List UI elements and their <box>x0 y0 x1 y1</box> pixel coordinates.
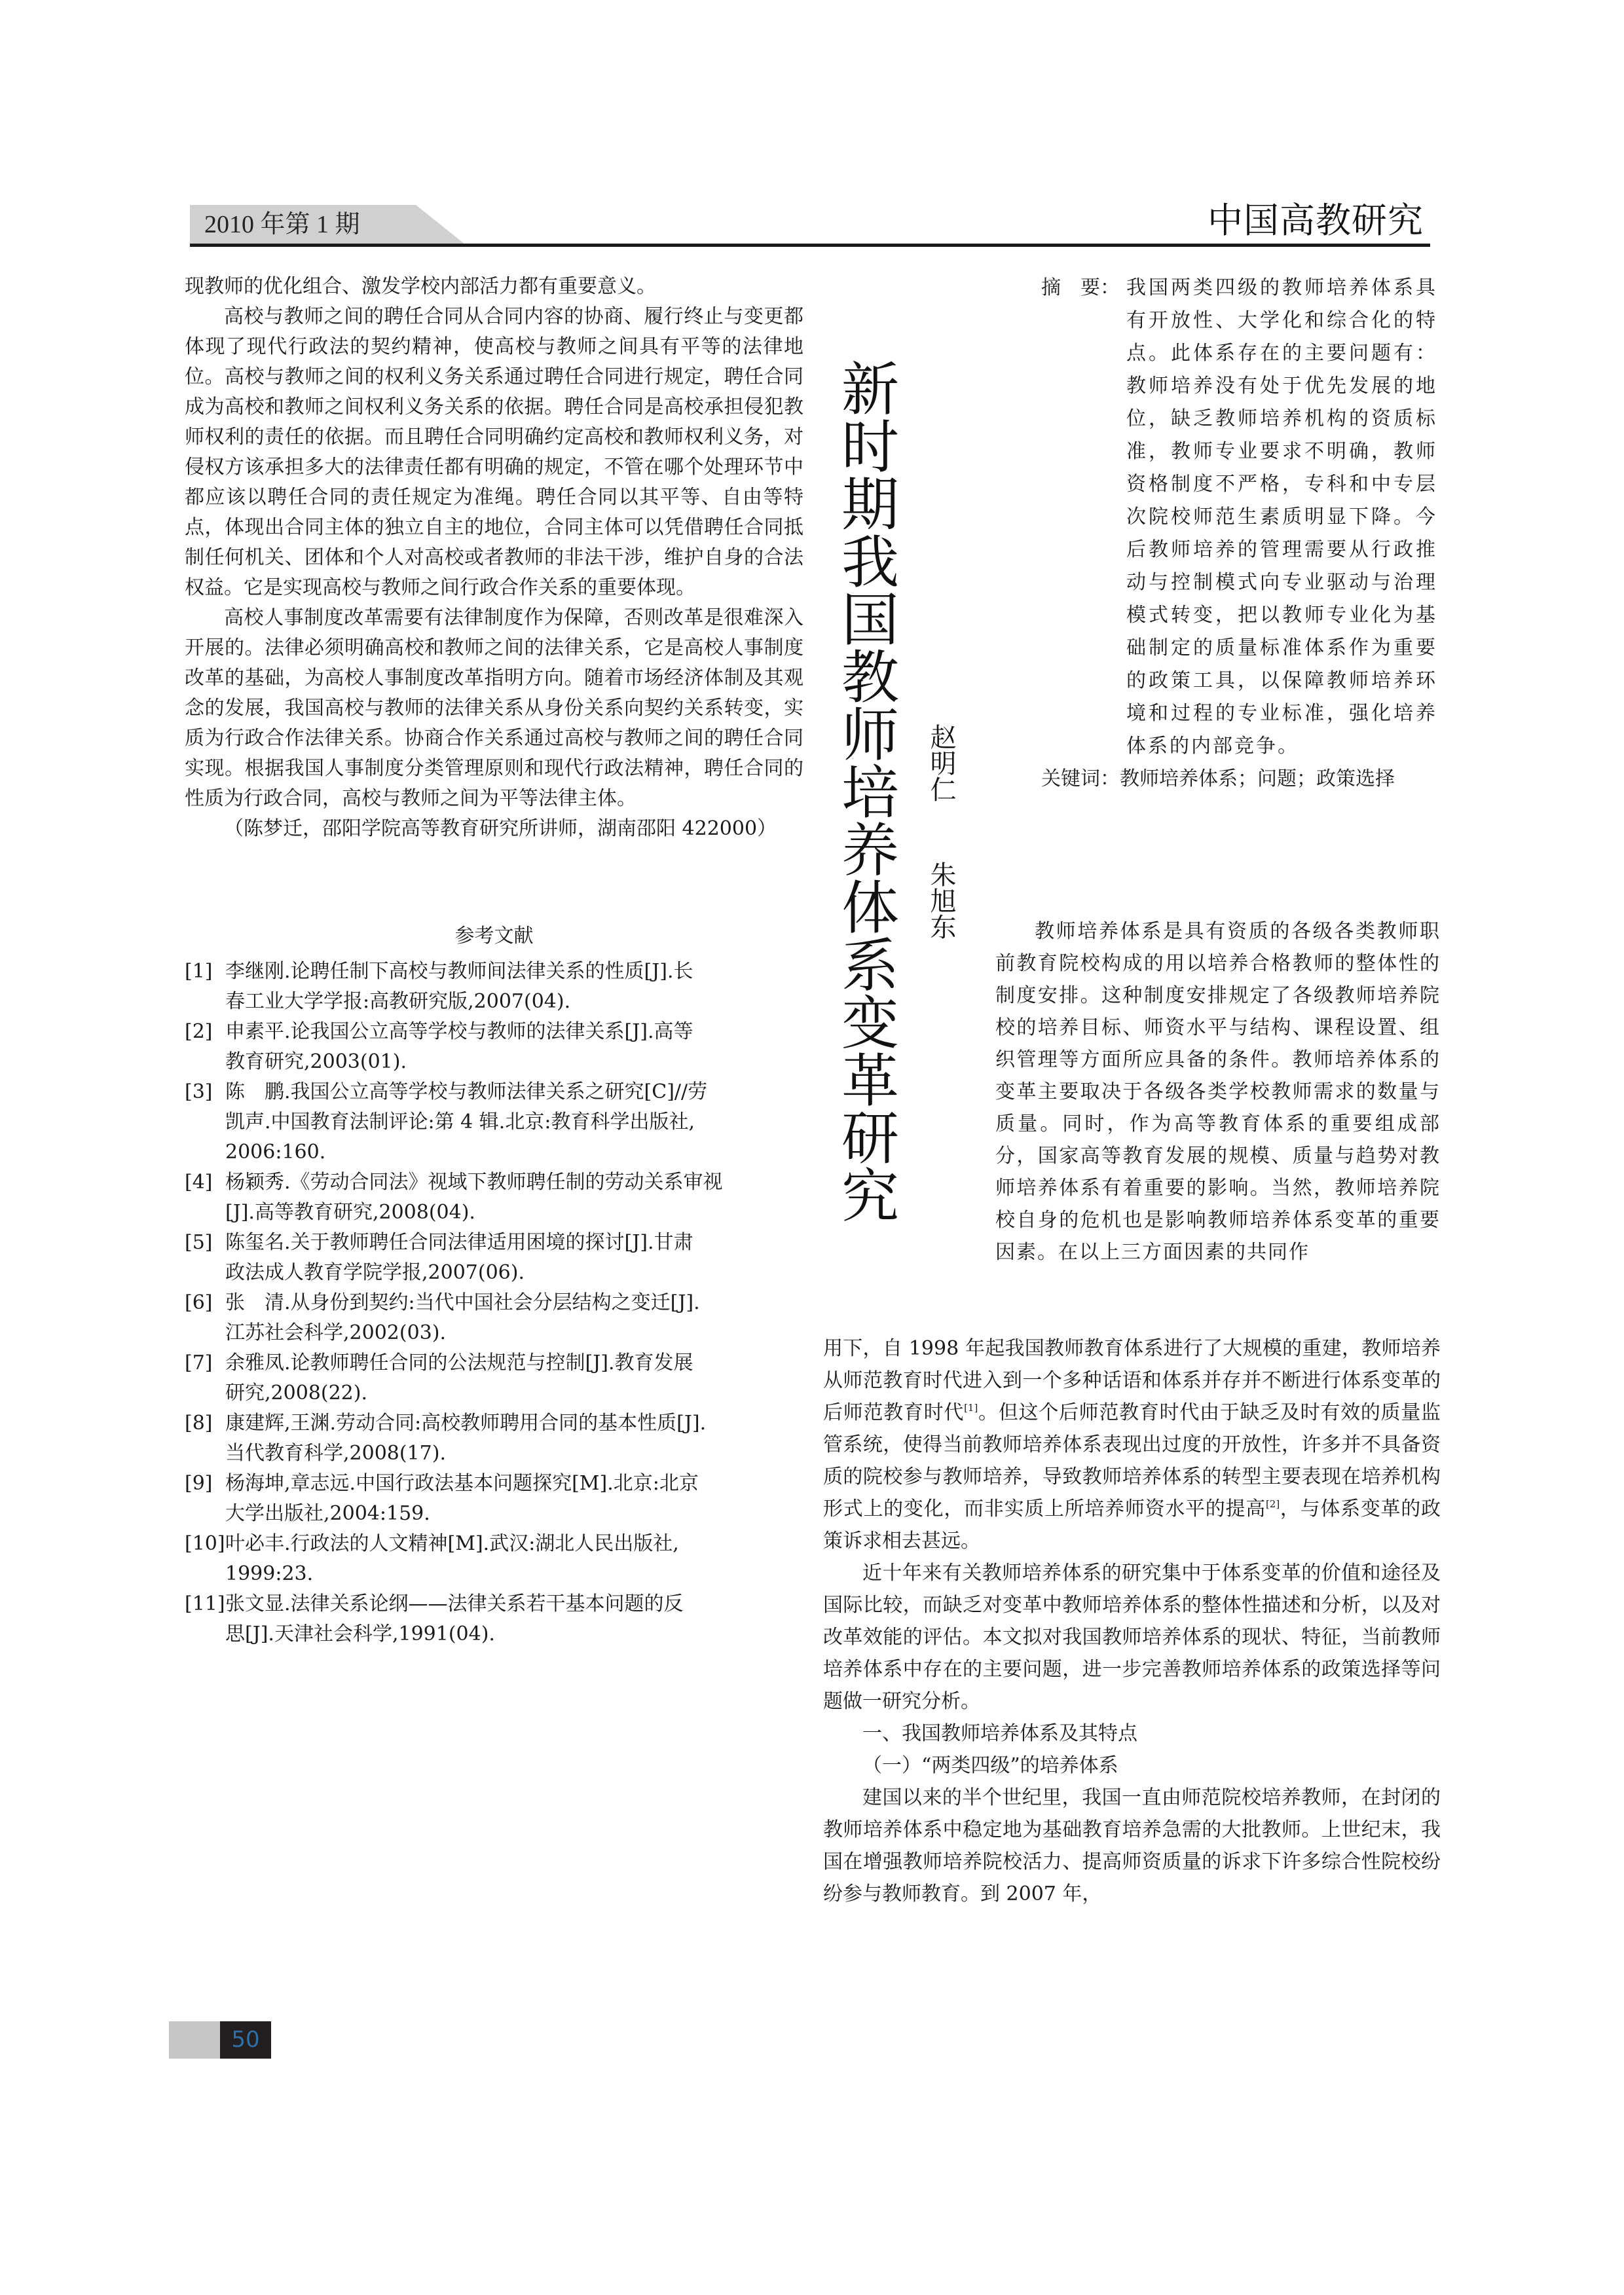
reference-text: 春工业大学学报:高教研究版,2007(04). <box>225 987 803 1017</box>
reference-text: 叶必丰.行政法的人文精神[M].武汉:湖北人民出版社, <box>225 1529 803 1559</box>
reference-text: 申素平.论我国公立高等学校与教师的法律关系[J].高等 <box>225 1017 803 1047</box>
header-rule <box>190 244 1430 247</box>
page-number: 50 <box>220 2021 271 2059</box>
reference-item: [7] 余雅凤.论教师聘任合同的公法规范与控制[J].教育发展研究,2008(2… <box>185 1348 803 1408</box>
reference-text: 当代教育科学,2008(17). <box>225 1439 803 1469</box>
reference-item: [6] 张 清.从身份到契约:当代中国社会分层结构之变迁[J].江苏社会科学,2… <box>185 1288 803 1348</box>
keywords-text: 教师培养体系；问题；政策选择 <box>1120 763 1395 796</box>
reference-number: [8] <box>185 1408 225 1469</box>
reference-number: [7] <box>185 1348 225 1408</box>
reference-number: [11] <box>185 1589 225 1649</box>
reference-text: 凯声.中国教育法制评论:第 4 辑.北京:教育科学出版社, <box>225 1107 803 1137</box>
reference-text: 杨颖秀.《劳动合同法》视域下教师聘任制的劳动关系审视 <box>225 1167 803 1198</box>
reference-text: 江苏社会科学,2002(03). <box>225 1318 803 1348</box>
reference-item: [2] 申素平.论我国公立高等学校与教师的法律关系[J].高等教育研究,2003… <box>185 1017 803 1077</box>
reference-item: [8] 康建辉,王渊.劳动合同:高校教师聘用合同的基本性质[J].当代教育科学,… <box>185 1408 803 1469</box>
abstract-label: 摘 要 <box>1041 276 1100 299</box>
reference-number: [3] <box>185 1077 225 1167</box>
reference-text: 李继刚.论聘任制下高校与教师间法律关系的性质[J].长 <box>225 957 803 987</box>
author-name: 赵明仁 <box>927 724 955 802</box>
reference-number: [6] <box>185 1288 225 1348</box>
body-wide: 用下，自 1998 年起我国教师教育体系进行了大规模的重建，教师培养从师范教育时… <box>823 1332 1441 1910</box>
citation-marker: [1] <box>964 1402 978 1414</box>
article-title: 新时期我国教师培养体系变革研究 <box>825 359 897 1223</box>
reference-list: [1] 李继刚.论聘任制下高校与教师间法律关系的性质[J].长春工业大学学报:高… <box>185 957 803 1649</box>
reference-text: 研究,2008(22). <box>225 1378 803 1408</box>
reference-text: 张 清.从身份到契约:当代中国社会分层结构之变迁[J]. <box>225 1288 803 1318</box>
abstract-text: 我国两类四级的教师培养体系具有开放性、大学化和综合化的特点。此体系存在的主要问题… <box>1126 272 1437 763</box>
left-column: 现教师的优化组合、激发学校内部活力都有重要意义。 高校与教师之间的聘任合同从合同… <box>185 272 803 1649</box>
reference-item: [10] 叶必丰.行政法的人文精神[M].武汉:湖北人民出版社,1999:23. <box>185 1529 803 1589</box>
reference-text: 余雅凤.论教师聘任合同的公法规范与控制[J].教育发展 <box>225 1348 803 1378</box>
reference-number: [5] <box>185 1228 225 1288</box>
paragraph: 教师培养体系是具有资质的各级各类教师职前教育院校构成的用以培养合格教师的整体性的… <box>995 915 1441 1268</box>
abstract-block: 摘 要： 我国两类四级的教师培养体系具有开放性、大学化和综合化的特点。此体系存在… <box>1041 272 1437 796</box>
reference-item: [11] 张文显.法律关系论纲——法律关系若干基本问题的反思[J].天津社会科学… <box>185 1589 803 1649</box>
reference-text: 大学出版社,2004:159. <box>225 1499 803 1529</box>
section-heading: 一、我国教师培养体系及其特点 <box>823 1717 1441 1750</box>
issue-label: 2010 年第 1 期 <box>204 208 360 241</box>
article-authors: 赵明仁朱旭东 <box>927 724 955 940</box>
paragraph: 现教师的优化组合、激发学校内部活力都有重要意义。 <box>185 272 803 302</box>
page-number-band <box>169 2021 220 2059</box>
reference-text: 陈 鹏.我国公立高等学校与教师法律关系之研究[C]//劳 <box>225 1077 803 1107</box>
paragraph: 近十年来有关教师培养体系的研究集中于体系变革的价值和途径及国际比较，而缺乏对变革… <box>823 1557 1441 1717</box>
reference-text: 杨海坤,章志远.中国行政法基本问题探究[M].北京:北京 <box>225 1469 803 1499</box>
citation-marker: [2] <box>1266 1498 1280 1510</box>
reference-item: [4] 杨颖秀.《劳动合同法》视域下教师聘任制的劳动关系审视[J].高等教育研究… <box>185 1167 803 1228</box>
reference-item: [5] 陈玺名.关于教师聘任合同法律适用困境的探讨[J].甘肃政法成人教育学院学… <box>185 1228 803 1288</box>
reference-text: 张文显.法律关系论纲——法律关系若干基本问题的反 <box>225 1589 803 1619</box>
reference-text: [J].高等教育研究,2008(04). <box>225 1198 803 1228</box>
paragraph: 用下，自 1998 年起我国教师教育体系进行了大规模的重建，教师培养从师范教育时… <box>823 1332 1441 1557</box>
reference-number: [10] <box>185 1529 225 1589</box>
reference-item: [9] 杨海坤,章志远.中国行政法基本问题探究[M].北京:北京大学出版社,20… <box>185 1469 803 1529</box>
reference-text: 政法成人教育学院学报,2007(06). <box>225 1258 803 1288</box>
subsection-heading: （一）“两类四级”的培养体系 <box>823 1750 1441 1782</box>
reference-item: [3] 陈 鹏.我国公立高等学校与教师法律关系之研究[C]//劳凯声.中国教育法… <box>185 1077 803 1167</box>
reference-text: 1999:23. <box>225 1559 803 1589</box>
paragraph: 建国以来的半个世纪里，我国一直由师范院校培养教师，在封闭的教师培养体系中稳定地为… <box>823 1782 1441 1910</box>
paragraph: 高校与教师之间的聘任合同从合同内容的协商、履行终止与变更都体现了现代行政法的契约… <box>185 302 803 603</box>
reference-item: [1] 李继刚.论聘任制下高校与教师间法律关系的性质[J].长春工业大学学报:高… <box>185 957 803 1017</box>
intro-narrow: 教师培养体系是具有资质的各级各类教师职前教育院校构成的用以培养合格教师的整体性的… <box>995 915 1441 1268</box>
reference-number: [9] <box>185 1469 225 1529</box>
reference-number: [4] <box>185 1167 225 1228</box>
journal-title: 中国高教研究 <box>1208 198 1424 244</box>
author-note: （陈梦迁，邵阳学院高等教育研究所讲师，湖南邵阳 422000） <box>185 814 803 844</box>
reference-number: [2] <box>185 1017 225 1077</box>
reference-text: 陈玺名.关于教师聘任合同法律适用困境的探讨[J].甘肃 <box>225 1228 803 1258</box>
keywords-label: 关键词： <box>1041 763 1120 796</box>
reference-text: 2006:160. <box>225 1137 803 1167</box>
references-heading: 参考文献 <box>185 921 803 951</box>
reference-number: [1] <box>185 957 225 1017</box>
reference-text: 思[J].天津社会科学,1991(04). <box>225 1619 803 1649</box>
author-name: 朱旭东 <box>927 861 955 940</box>
paragraph: 高校人事制度改革需要有法律制度作为保障，否则改革是很难深入开展的。法律必须明确高… <box>185 603 803 814</box>
reference-text: 教育研究,2003(01). <box>225 1047 803 1077</box>
reference-text: 康建辉,王渊.劳动合同:高校教师聘用合同的基本性质[J]. <box>225 1408 803 1439</box>
